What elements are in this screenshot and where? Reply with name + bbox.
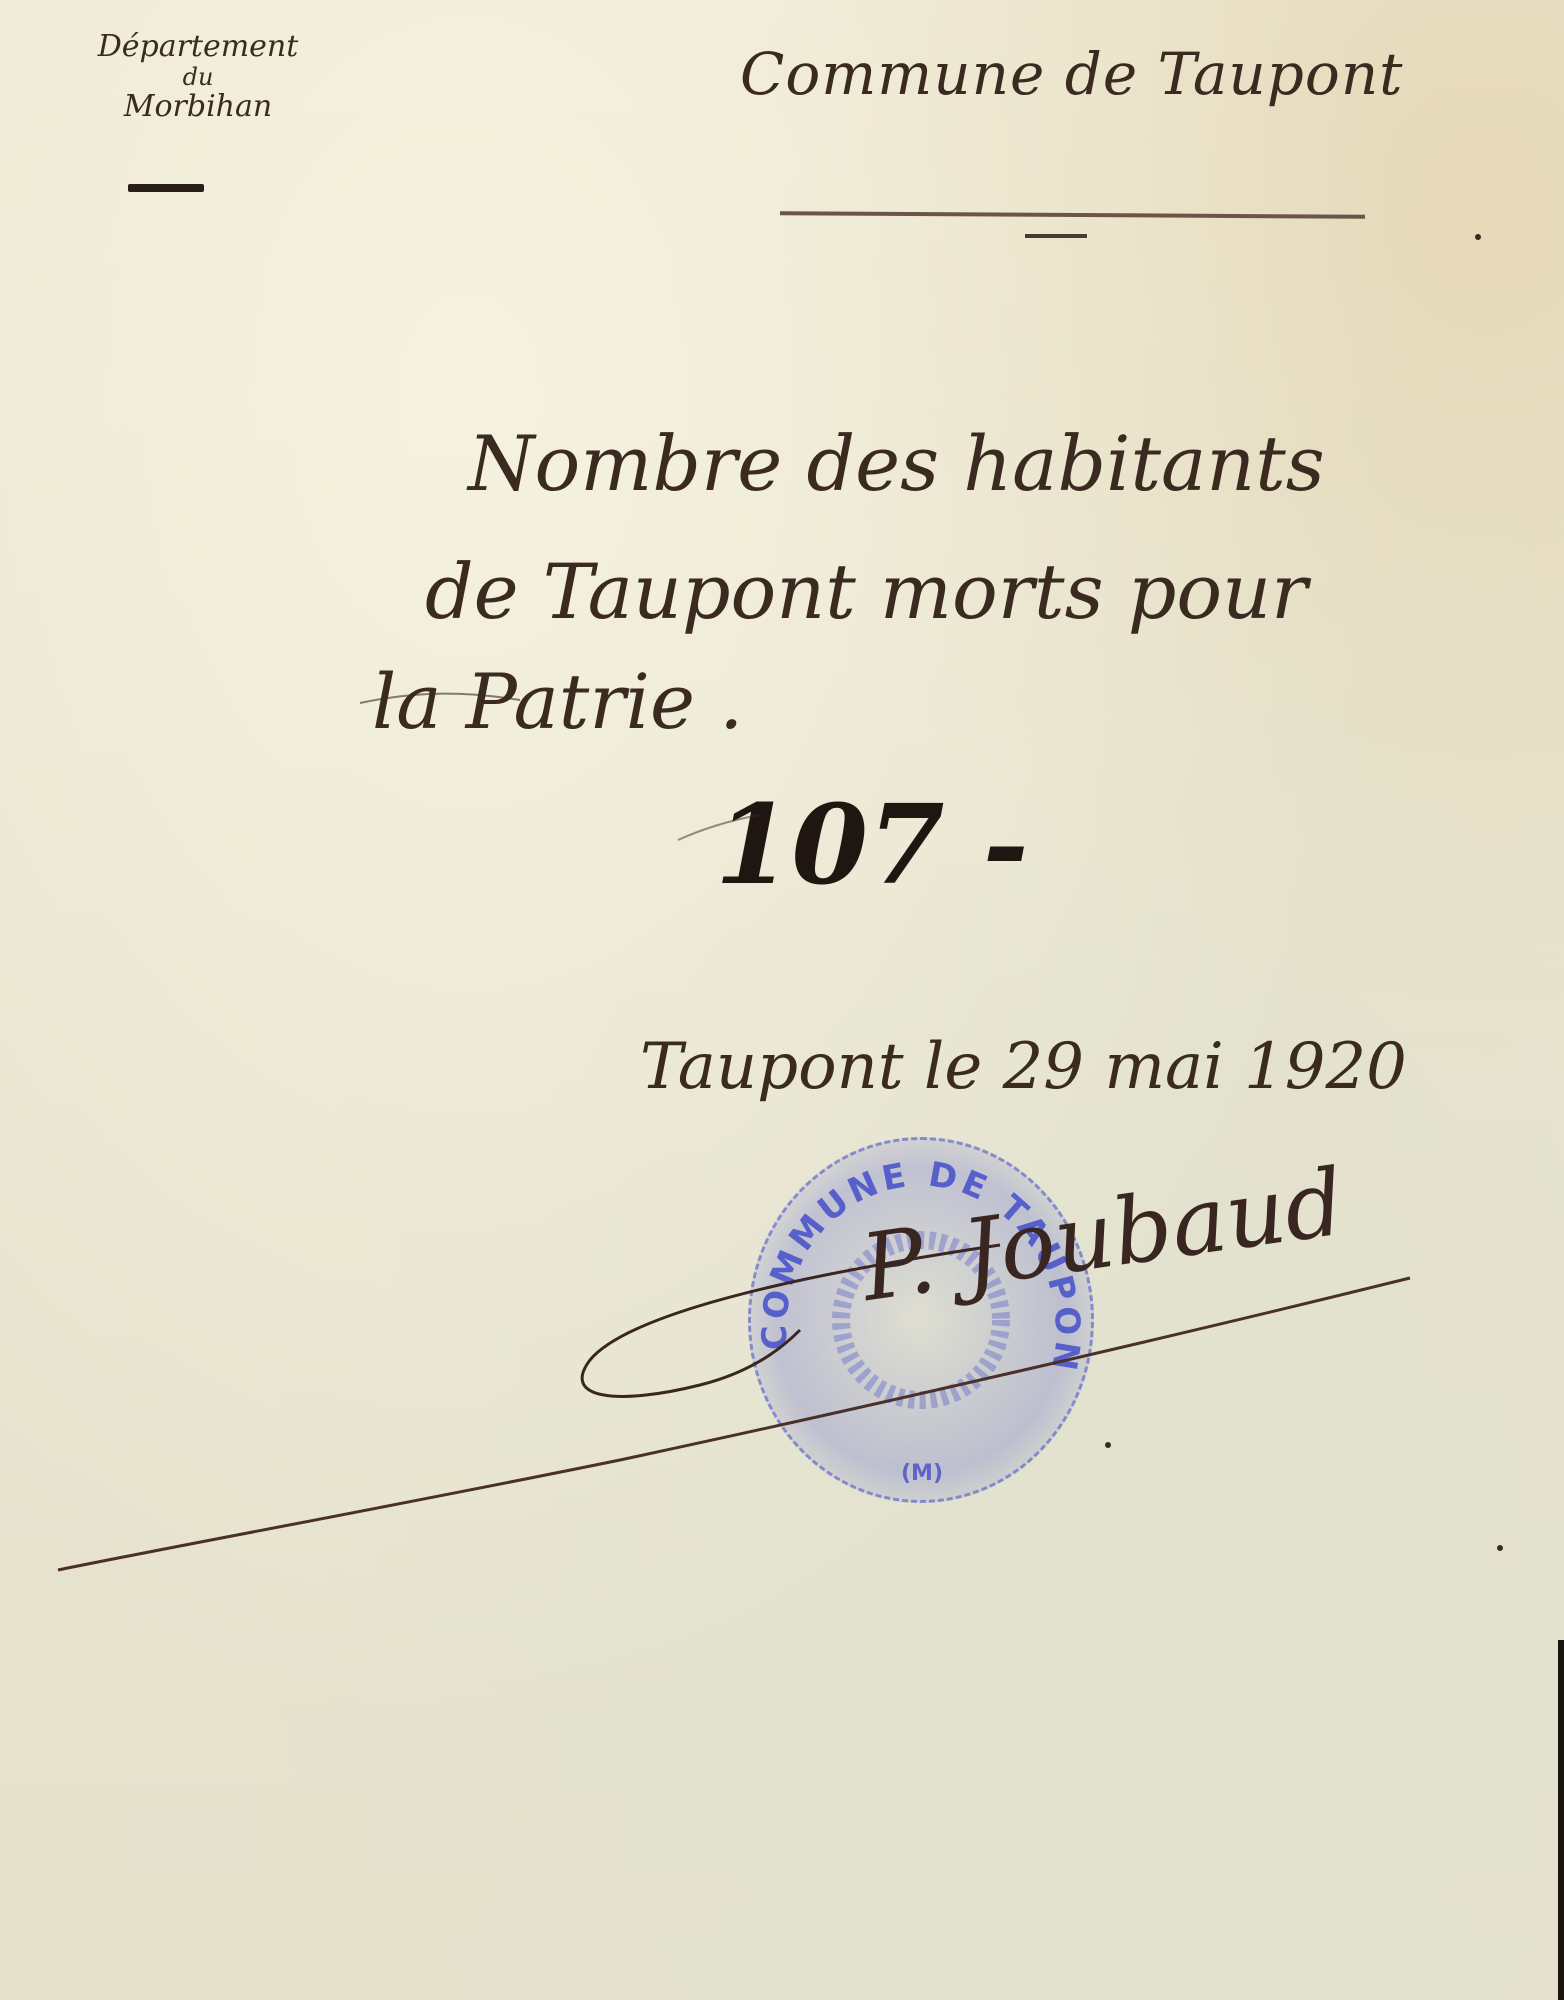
place-and-date: Taupont le 29 mai 1920: [640, 1030, 1407, 1104]
body-line-3: la Patrie .: [372, 650, 743, 754]
department-name: Morbihan: [38, 90, 358, 124]
header-rule-short: [1025, 234, 1087, 238]
death-count: 107 -: [715, 780, 1029, 909]
department-heading: Département du Morbihan: [38, 30, 358, 124]
body-line-2: de Taupont morts pour: [425, 540, 1307, 644]
document-paper: [0, 0, 1564, 2000]
page-edge: [1558, 1640, 1564, 2000]
commune-heading: Commune de Taupont: [740, 40, 1403, 108]
department-label: Département: [38, 30, 358, 64]
department-preposition: du: [38, 64, 358, 90]
department-underline: [128, 184, 204, 192]
body-line-1: Nombre des habitants: [468, 412, 1325, 516]
seal-bottom-text: (M): [901, 1461, 943, 1486]
